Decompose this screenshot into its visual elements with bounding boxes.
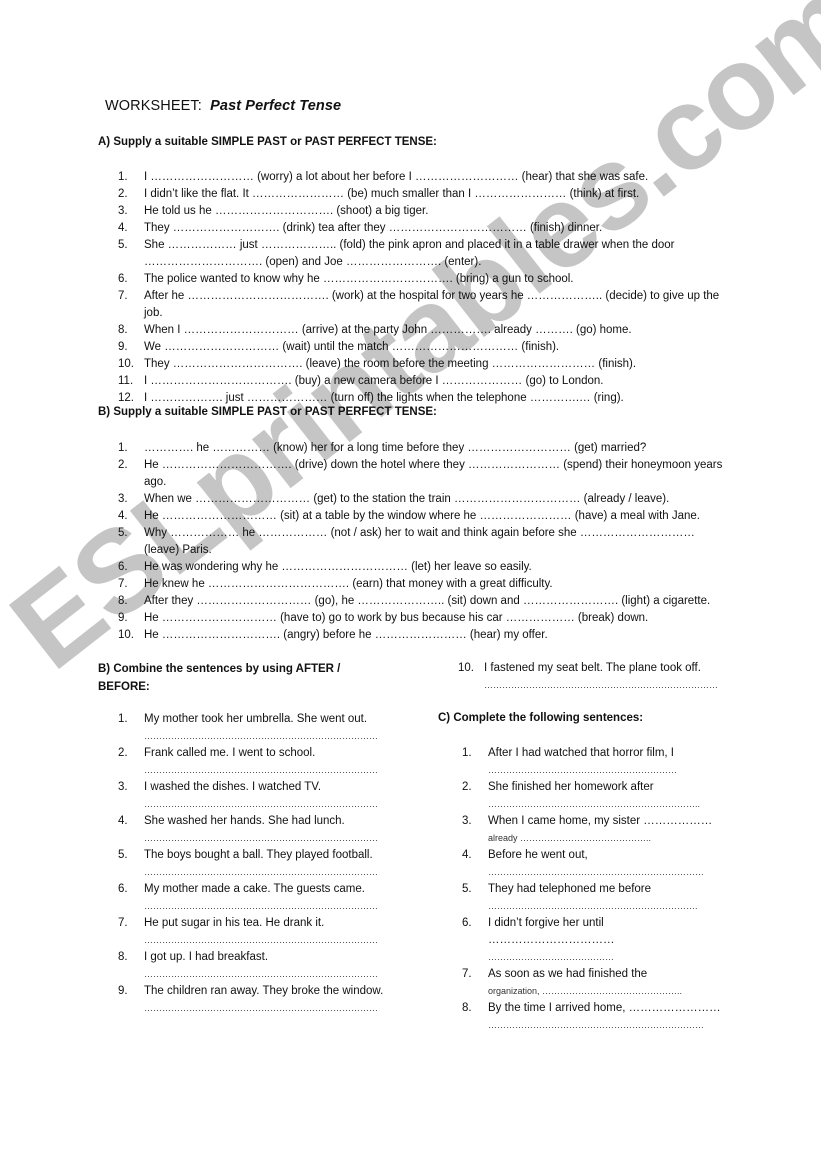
list-item: 10.They ……………………………. (leave) the room be…	[118, 356, 730, 373]
list-item: 3.When I came home, my sister ………………alre…	[462, 813, 732, 847]
answer-line[interactable]: ……………………………………………………………………	[484, 677, 733, 694]
item-text: After they ………………………… (go), he …………………..…	[144, 595, 710, 607]
item-number: 7.	[118, 288, 140, 305]
list-item: 7.After he ………………………………. (work) at the h…	[118, 288, 730, 322]
item-number: 5.	[118, 237, 140, 254]
list-item: 7.As soon as we had finished theorganiza…	[462, 966, 732, 1000]
item-text: Frank called me. I went to school.	[144, 747, 315, 759]
list-item: 7.He knew he ………………………………. (earn) that m…	[118, 576, 730, 593]
item-text: They ………………………. (drink) tea after they ……	[144, 222, 602, 234]
item-number: 8.	[118, 593, 140, 610]
item-text: He …………………………. (angry) before he ……………………	[144, 629, 548, 641]
answer-line[interactable]: organization, ………………………………………..	[488, 983, 732, 1000]
item-number: 6.	[118, 881, 140, 898]
item-number: 2.	[118, 745, 140, 762]
list-item: 8.By the time I arrived home, ……………………………	[462, 1000, 732, 1034]
section-b1-heading: B) Supply a suitable SIMPLE PAST or PAST…	[98, 406, 437, 418]
item-number: 1.	[118, 169, 140, 186]
item-number: 7.	[118, 915, 140, 932]
answer-line[interactable]: ……………………………………………………………………	[144, 864, 388, 881]
item-text: I got up. I had breakfast.	[144, 951, 268, 963]
answer-line[interactable]: ……………………………………………………………………	[144, 966, 388, 983]
title-topic: Past Perfect Tense	[210, 98, 341, 114]
answer-line[interactable]: ……………………………………………………………………	[144, 1000, 388, 1017]
item-text: I didn’t like the flat. It …………………… (be)…	[144, 188, 639, 200]
item-text: They had telephoned me before	[488, 883, 651, 895]
item-number: 4.	[118, 813, 140, 830]
item-number: 2.	[118, 457, 140, 474]
item-number: 5.	[118, 525, 140, 542]
list-item: 6.I didn’t forgive her until ………………………………	[462, 915, 732, 966]
list-item: 10.I fastened my seat belt. The plane to…	[458, 660, 733, 694]
list-item: 11.I ………………………………. (buy) a new camera be…	[118, 373, 730, 390]
item-text: After he ………………………………. (work) at the hos…	[144, 290, 719, 319]
list-item: 8.When I ………………………… (arrive) at the part…	[118, 322, 730, 339]
item-text: The boys bought a ball. They played foot…	[144, 849, 373, 861]
list-item: 4.They ………………………. (drink) tea after they…	[118, 220, 730, 237]
list-item: 2.He ……………………………. (drive) down the hotel…	[118, 457, 730, 491]
list-item: 2.Frank called me. I went to school.……………	[118, 745, 388, 779]
item-text: He ………………………… (sit) at a table by the wi…	[144, 510, 700, 522]
item-text: I fastened my seat belt. The plane took …	[484, 662, 701, 674]
list-item: 12.I ………………. just ………………… (turn off) the…	[118, 390, 730, 407]
item-number: 4.	[118, 220, 140, 237]
item-text: I ………………. just ………………… (turn off) the li…	[144, 392, 624, 404]
list-item: 6.He was wondering why he …………………………… (l…	[118, 559, 730, 576]
item-number: 2.	[462, 779, 484, 796]
item-number: 4.	[118, 508, 140, 525]
item-text: He told us he …………………………. (shoot) a big …	[144, 205, 428, 217]
item-number: 1.	[118, 711, 140, 728]
item-number: 6.	[118, 271, 140, 288]
answer-line[interactable]: ……………………………………………………………………	[144, 830, 388, 847]
section-c-list: 1.After I had watched that horror film, …	[462, 745, 732, 1034]
list-item: 1.After I had watched that horror film, …	[462, 745, 732, 779]
item-number: 9.	[118, 983, 140, 1000]
item-number: 3.	[118, 779, 140, 796]
list-item: 6.The police wanted to know why he ………………	[118, 271, 730, 288]
list-item: 2.She finished her homework after……………………	[462, 779, 732, 813]
item-number: 1.	[462, 745, 484, 762]
list-item: 10.He …………………………. (angry) before he ……………	[118, 627, 730, 644]
list-item: 9.The children ran away. They broke the …	[118, 983, 388, 1017]
answer-line[interactable]: ……………………………………………………………………	[144, 728, 388, 745]
list-item: 3.I washed the dishes. I watched TV.……………	[118, 779, 388, 813]
page-title: WORKSHEET: Past Perfect Tense	[105, 98, 341, 114]
item-text: I didn’t forgive her until ……………………………	[488, 917, 615, 946]
item-text: After I had watched that horror film, I	[488, 747, 674, 759]
item-text: They ……………………………. (leave) the room befor…	[144, 358, 636, 370]
list-item: 5.She ……………… just ……………….. (fold) the pi…	[118, 237, 730, 271]
item-text: Before he went out,	[488, 849, 588, 861]
list-item: 5.The boys bought a ball. They played fo…	[118, 847, 388, 881]
list-item: 8.After they ………………………… (go), he ……………………	[118, 593, 730, 610]
list-item: 9.We ………………………… (wait) until the match ……	[118, 339, 730, 356]
list-item: 4.He ………………………… (sit) at a table by the …	[118, 508, 730, 525]
item-text: When we ………………………… (get) to the station …	[144, 493, 669, 505]
item-number: 9.	[118, 610, 140, 627]
list-item: 3.He told us he …………………………. (shoot) a bi…	[118, 203, 730, 220]
list-item: 4.Before he went out,……………………………………………………	[462, 847, 732, 881]
item-number: 11.	[118, 373, 140, 390]
item-text: We ………………………… (wait) until the match …………	[144, 341, 559, 353]
list-item: 8.I got up. I had breakfast.…………………………………	[118, 949, 388, 983]
item-number: 8.	[118, 949, 140, 966]
item-number: 10.	[118, 627, 140, 644]
section-a-list: 1.I ……………………… (worry) a lot about her be…	[118, 169, 730, 407]
answer-line[interactable]: ……………………………………………………………………	[144, 898, 388, 915]
item-text: The police wanted to know why he ……………………	[144, 273, 574, 285]
list-item: 5.Why ……………… he ……………… (not / ask) her t…	[118, 525, 730, 559]
answer-line[interactable]: ……………………………………………………………..	[488, 796, 732, 813]
answer-line[interactable]: ………………………………………………………………	[488, 864, 732, 881]
list-item: 4.She washed her hands. She had lunch.………	[118, 813, 388, 847]
item-number: 10.	[458, 660, 480, 677]
item-text: He was wondering why he …………………………… (let…	[144, 561, 532, 573]
item-number: 5.	[118, 847, 140, 864]
item-number: 3.	[462, 813, 484, 830]
item-text: Why ……………… he ……………… (not / ask) her to …	[144, 527, 695, 556]
item-text: I ……………………… (worry) a lot about her befo…	[144, 171, 648, 183]
answer-line[interactable]: already ……………………………………..	[488, 830, 732, 847]
item-number: 12.	[118, 390, 140, 407]
answer-line[interactable]: ……………………………………………………………………	[144, 796, 388, 813]
answer-line[interactable]: ………………………………………………………………	[488, 1017, 732, 1034]
item-text: As soon as we had finished the	[488, 968, 647, 980]
section-b2-list-cont: 10.I fastened my seat belt. The plane to…	[458, 660, 733, 694]
item-number: 10.	[118, 356, 140, 373]
item-text: He knew he ………………………………. (earn) that mon…	[144, 578, 553, 590]
list-item: 1.I ……………………… (worry) a lot about her be…	[118, 169, 730, 186]
section-b2-list: 1.My mother took her umbrella. She went …	[118, 711, 388, 1017]
list-item: 1.…………. he …………… (know) her for a long t…	[118, 440, 730, 457]
section-b1-list: 1.…………. he …………… (know) her for a long t…	[118, 440, 730, 644]
answer-line[interactable]: ………………………………………………………	[488, 762, 732, 779]
item-number: 7.	[118, 576, 140, 593]
list-item: 2.I didn’t like the flat. It …………………… (b…	[118, 186, 730, 203]
worksheet-page: ESLprintables.com WORKSHEET: Past Perfec…	[0, 0, 821, 1169]
item-text: She finished her homework after	[488, 781, 654, 793]
answer-line[interactable]: …………………………………………………………….	[488, 898, 732, 915]
list-item: 6.My mother made a cake. The guests came…	[118, 881, 388, 915]
item-text: When I ………………………… (arrive) at the party …	[144, 324, 632, 336]
item-text: He ……………………………. (drive) down the hotel w…	[144, 459, 722, 488]
item-number: 4.	[462, 847, 484, 864]
item-number: 6.	[118, 559, 140, 576]
item-text: …………. he …………… (know) her for a long tim…	[144, 442, 646, 454]
title-prefix: WORKSHEET:	[105, 98, 202, 114]
list-item: 3.When we ………………………… (get) to the statio…	[118, 491, 730, 508]
item-number: 6.	[462, 915, 484, 932]
item-text: The children ran away. They broke the wi…	[144, 985, 383, 997]
item-text: She washed her hands. She had lunch.	[144, 815, 345, 827]
section-c-heading: C) Complete the following sentences:	[438, 712, 643, 724]
list-item: 7.He put sugar in his tea. He drank it.……	[118, 915, 388, 949]
item-text: He put sugar in his tea. He drank it.	[144, 917, 324, 929]
item-text: When I came home, my sister ………………	[488, 815, 712, 827]
item-number: 8.	[118, 322, 140, 339]
item-number: 5.	[462, 881, 484, 898]
list-item: 5.They had telephoned me before…………………………	[462, 881, 732, 915]
item-number: 1.	[118, 440, 140, 457]
list-item: 1.My mother took her umbrella. She went …	[118, 711, 388, 745]
item-text: My mother made a cake. The guests came.	[144, 883, 365, 895]
item-number: 2.	[118, 186, 140, 203]
item-text: I washed the dishes. I watched TV.	[144, 781, 321, 793]
answer-line[interactable]: ……………………………………	[488, 949, 732, 966]
item-text: I ………………………………. (buy) a new camera befor…	[144, 375, 604, 387]
item-number: 3.	[118, 491, 140, 508]
item-number: 9.	[118, 339, 140, 356]
item-number: 7.	[462, 966, 484, 983]
item-text: My mother took her umbrella. She went ou…	[144, 713, 367, 725]
list-item: 9.He ………………………… (have to) go to work by …	[118, 610, 730, 627]
answer-line[interactable]: ……………………………………………………………………	[144, 762, 388, 779]
item-number: 3.	[118, 203, 140, 220]
section-b2-heading: B) Combine the sentences by using AFTER …	[98, 660, 368, 696]
answer-line[interactable]: ……………………………………………………………………	[144, 932, 388, 949]
section-a-heading: A) Supply a suitable SIMPLE PAST or PAST…	[98, 136, 437, 148]
item-text: She ……………… just ……………….. (fold) the pink…	[144, 239, 675, 268]
item-number: 8.	[462, 1000, 484, 1017]
item-text: He ………………………… (have to) go to work by bu…	[144, 612, 648, 624]
item-text: By the time I arrived home, ……………………	[488, 1002, 721, 1014]
